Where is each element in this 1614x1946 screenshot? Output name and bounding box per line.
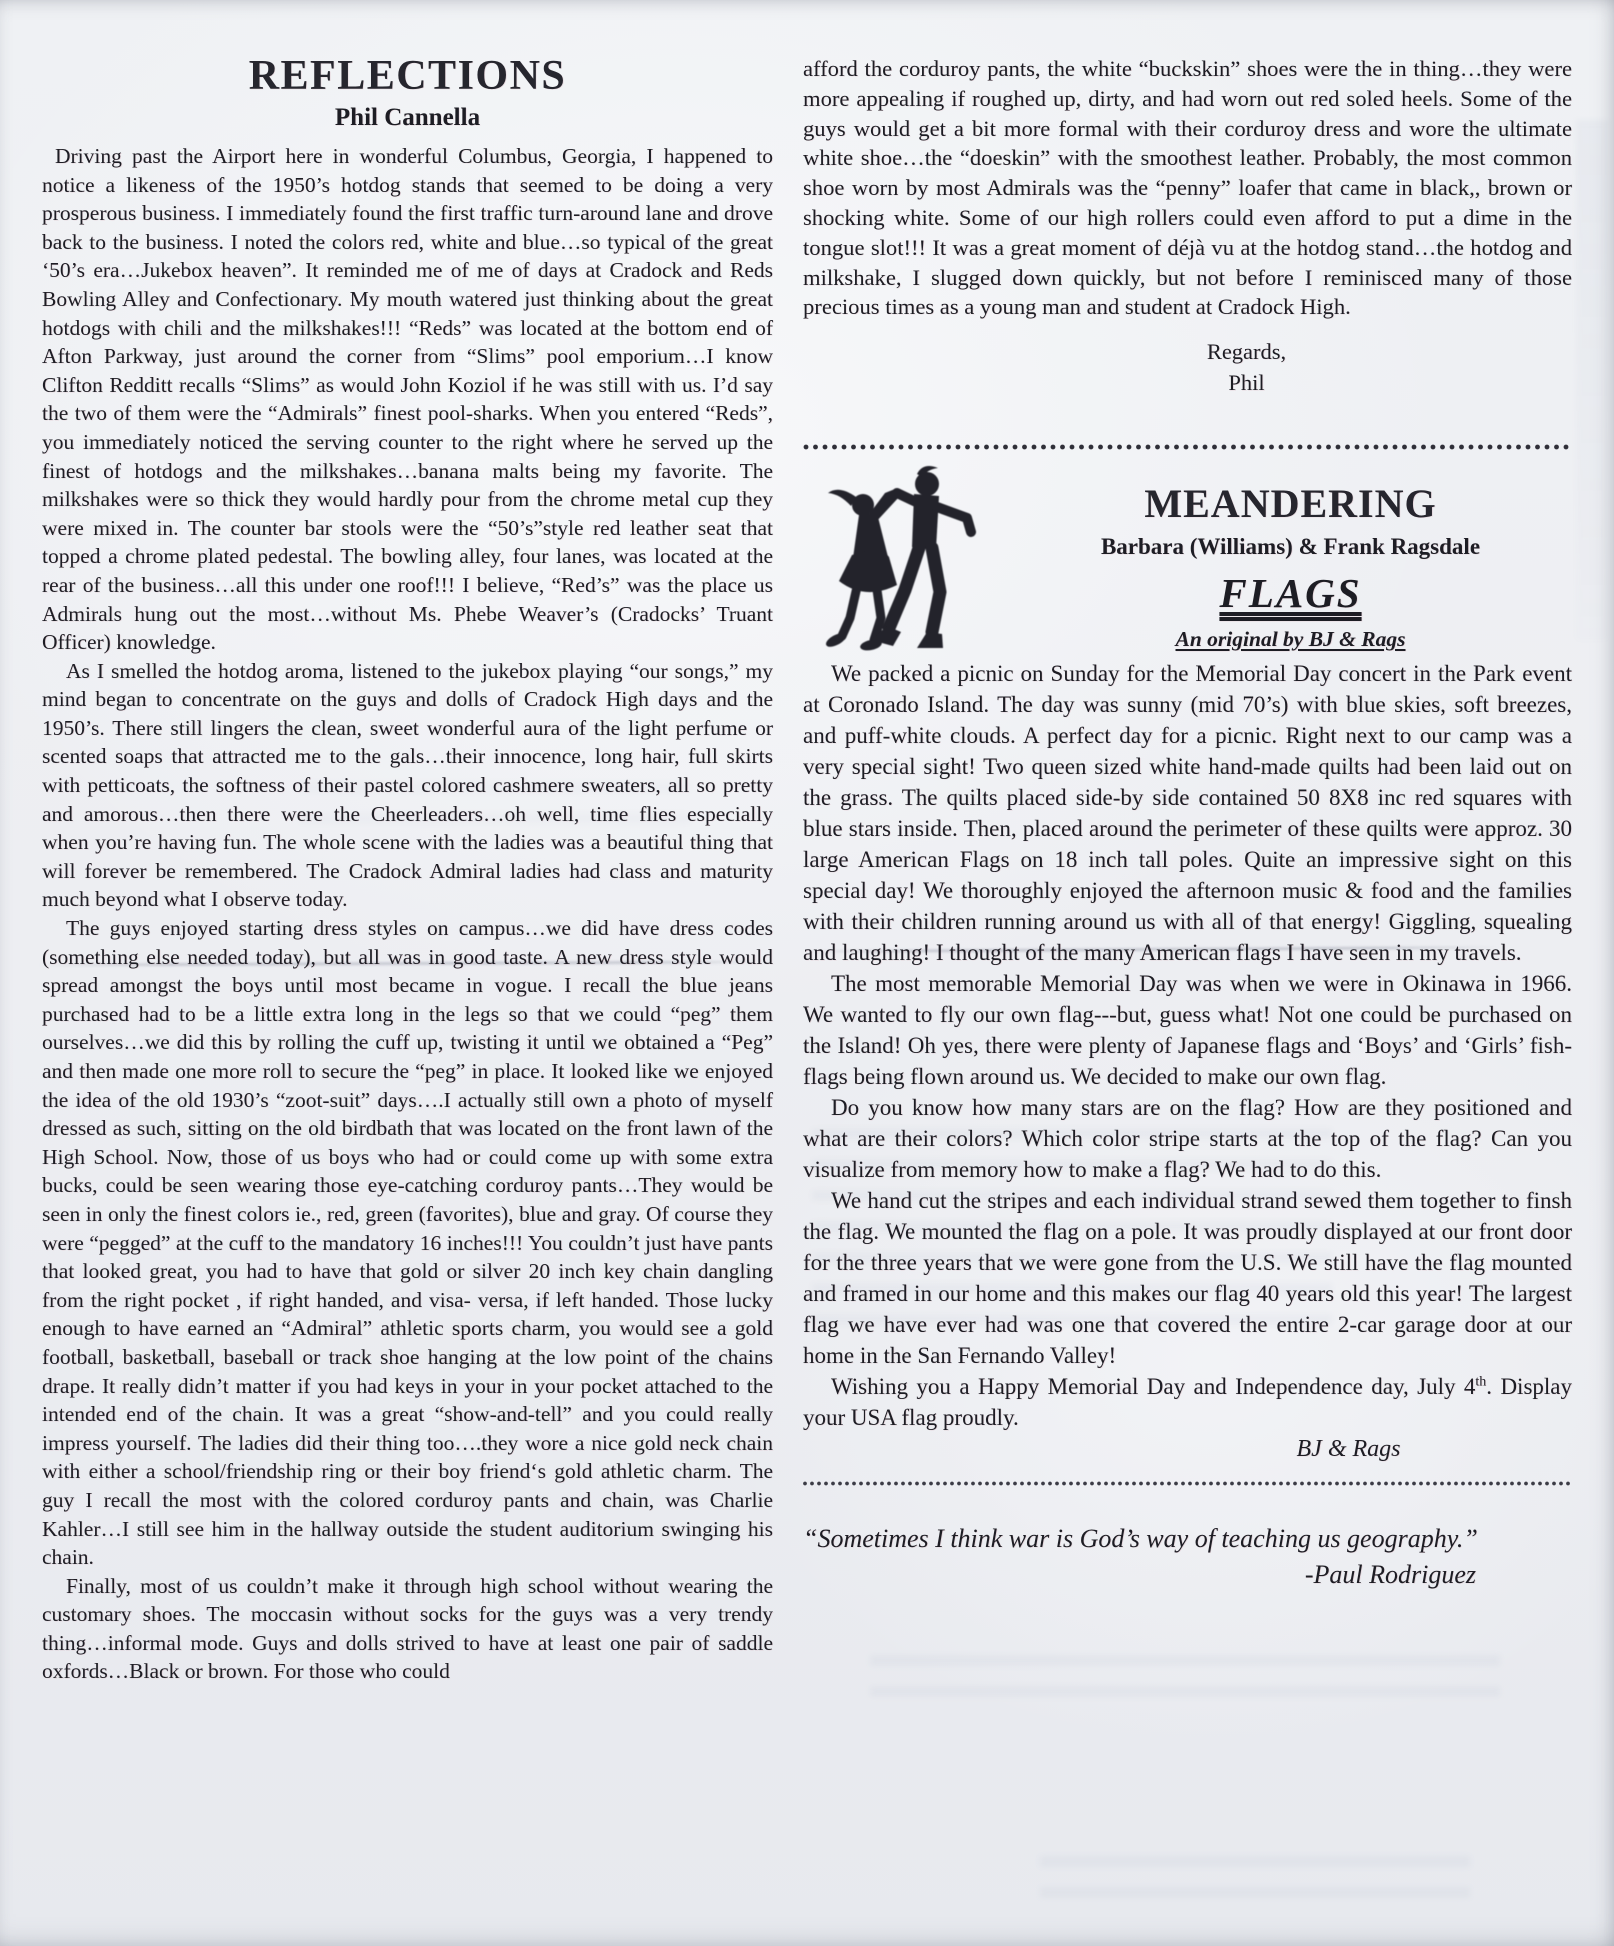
reflections-paragraph-2: As I smelled the hotdog aroma, listened … (42, 657, 773, 914)
bleedthrough-smudge (1576, 120, 1608, 640)
closing-superscript: th (1475, 1375, 1486, 1390)
quote-text: “Sometimes I think war is God’s way of t… (803, 1524, 1572, 1554)
reflections-title: REFLECTIONS (42, 52, 773, 100)
closing-text: Wishing you a Happy Memorial Day and Ind… (831, 1374, 1475, 1399)
flags-paragraph-1: We packed a picnic on Sunday for the Mem… (803, 658, 1572, 968)
flags-paragraph-2: The most memorable Memorial Day was when… (803, 968, 1572, 1092)
flags-signoff: BJ & Rags (803, 1436, 1572, 1463)
bleedthrough-smudge (870, 1655, 1500, 1717)
flags-credit-line: An original by BJ & Rags (1176, 627, 1406, 652)
newsletter-scan-page: REFLECTIONS Phil Cannella Driving past t… (0, 0, 1614, 1946)
meandering-header-block: MEANDERING Barbara (Williams) & Frank Ra… (803, 458, 1572, 658)
reflections-continuation-paragraph: afford the corduroy pants, the white “bu… (803, 54, 1572, 322)
flags-paragraph-4: We hand cut the stripes and each individ… (803, 1185, 1572, 1371)
dotted-divider (803, 444, 1572, 450)
reflections-paragraph-4: Finally, most of us couldn’t make it thr… (42, 1572, 773, 1686)
signoff-regards: Regards, (921, 336, 1572, 367)
signoff-phil: Phil (921, 367, 1572, 398)
quote-attribution: -Paul Rodriguez (803, 1560, 1572, 1590)
bleedthrough-smudge (1040, 1856, 1470, 1898)
reflections-article: REFLECTIONS Phil Cannella Driving past t… (42, 52, 773, 1686)
dotted-divider-bottom (803, 1481, 1572, 1486)
flags-closing-paragraph: Wishing you a Happy Memorial Day and Ind… (803, 1371, 1572, 1433)
reflections-paragraph-1: Driving past the Airport here in wonderf… (42, 142, 773, 657)
right-column: afford the corduroy pants, the white “bu… (803, 54, 1572, 1590)
reflections-signoff: Regards, Phil (803, 336, 1572, 398)
reflections-byline: Phil Cannella (42, 104, 773, 132)
dancing-couple-icon (823, 460, 999, 658)
flags-article-title: FLAGS (1219, 569, 1361, 617)
reflections-paragraph-3: The guys enjoyed starting dress styles o… (42, 914, 773, 1572)
flags-paragraph-3: Do you know how many stars are on the fl… (803, 1092, 1572, 1185)
